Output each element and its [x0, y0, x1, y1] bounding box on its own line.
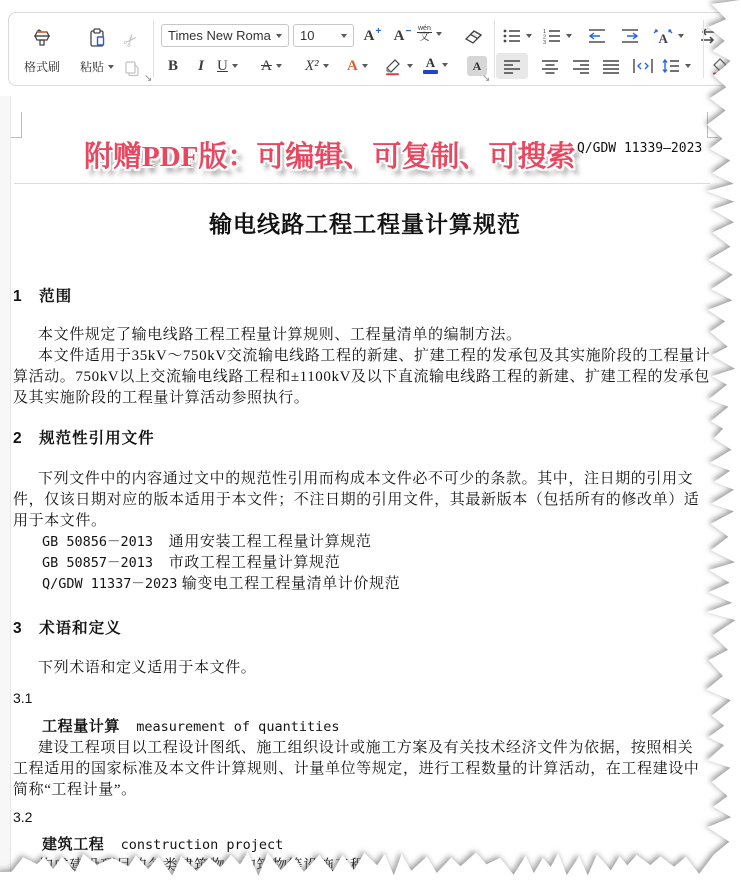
char-scale-button[interactable]: A: [652, 24, 684, 48]
svg-text:3: 3: [543, 40, 546, 45]
font-color-icon: A: [423, 56, 438, 74]
chevron-down-icon: [232, 64, 238, 68]
group-divider: [494, 20, 495, 78]
standard-code: Q/GDW 11339—2023: [577, 141, 702, 156]
doc-line: 算活动。750kV以上交流输电线路工程和±1100kV及以下直流输电线路工程的新…: [13, 367, 720, 388]
chevron-down-icon: [442, 63, 448, 67]
font-size-select[interactable]: 10: [293, 24, 354, 47]
align-left-button[interactable]: [496, 53, 528, 79]
line-spacing-icon: [661, 58, 681, 74]
font-dialog-expander[interactable]: ↘: [482, 74, 490, 84]
underline-button[interactable]: U: [217, 54, 238, 78]
doc-line: 本文件适用于35kV～750kV交流输电线路工程的新建、扩建工程的发承包及其实施…: [13, 346, 720, 367]
distribute-icon: [632, 58, 654, 74]
text-effects-icon: A: [347, 58, 358, 75]
align-center-icon: [540, 58, 560, 74]
align-right-icon: [571, 58, 591, 74]
align-center-button[interactable]: [536, 53, 564, 79]
increase-indent-button[interactable]: [617, 24, 643, 48]
doc-line: 下列术语和定义适用于本文件。: [13, 658, 720, 679]
font-size-value: 10: [300, 28, 337, 43]
align-left-icon: [502, 58, 522, 74]
text-boundary-mark: [707, 112, 708, 138]
font-family-value: Times New Roma: [168, 28, 272, 43]
strikethrough-button[interactable]: A: [261, 54, 282, 78]
highlight-button[interactable]: [383, 54, 413, 78]
decrease-indent-icon: [586, 27, 608, 45]
copy-button[interactable]: [121, 57, 143, 81]
superscript-icon: X²: [305, 58, 319, 75]
chevron-down-icon: [362, 64, 368, 68]
char-scale-icon: A: [652, 26, 674, 46]
paste-label: 粘贴: [80, 58, 104, 75]
phonetic-guide-icon: wén 文: [417, 25, 432, 43]
doc-line: 建设工程项目以工程设计图纸、施工组织设计或施工方案及有关技术经济文件为依据，按照…: [13, 738, 720, 759]
doc-line: 工程量计算 measurement of quantities: [13, 716, 720, 738]
highlighter-icon: [383, 56, 403, 76]
eraser-icon: [463, 26, 485, 46]
paint-bucket-icon: [709, 56, 733, 76]
page-left-margin: [0, 96, 10, 890]
doc-line: 及其实施阶段的工程量计算活动参照执行。: [13, 388, 720, 409]
align-right-button[interactable]: [567, 53, 595, 79]
doc-line: Q/GDW 11337－2023 输变电工程工程量清单计价规范: [13, 574, 720, 595]
chevron-down-icon: [341, 34, 347, 38]
font-family-select[interactable]: Times New Roma: [161, 24, 289, 47]
text-effects-button[interactable]: A: [347, 54, 368, 78]
increase-indent-icon: [619, 27, 641, 45]
font-color-button[interactable]: A: [423, 53, 448, 77]
clear-format-button[interactable]: [461, 24, 487, 48]
format-painter-button[interactable]: 格式刷: [15, 26, 69, 75]
doc-line: 简称“工程计量”。: [13, 780, 720, 801]
bold-button[interactable]: B: [161, 54, 185, 78]
group-divider: [703, 20, 704, 78]
doc-line: 3.2: [13, 807, 720, 828]
doc-line: 用于本文件。: [13, 511, 720, 532]
header-rule: [14, 183, 710, 184]
chevron-down-icon: [436, 32, 442, 36]
doc-line: 下列文件中的内容通过文中的规范性引用而构成本文件必不可少的条款。其中，注日期的引…: [13, 469, 720, 490]
copy-icon: [123, 60, 141, 78]
chevron-down-icon: [723, 34, 729, 38]
doc-line: 3.1: [13, 688, 720, 709]
chevron-down-icon: [678, 34, 684, 38]
chevron-down-icon: [276, 64, 282, 68]
doc-line: 建筑工程 construction project: [13, 834, 720, 856]
format-painter-icon: [30, 26, 54, 55]
italic-icon: I: [198, 58, 204, 75]
chevron-down-icon: [685, 64, 691, 68]
doc-line: 工程适用的国家标准及本文件计算规则、计量单位等规定，进行工程数量的计算活动，在工…: [13, 759, 720, 780]
doc-line: 3 术语和定义: [13, 618, 720, 639]
justify-icon: [601, 58, 621, 74]
format-painter-label: 格式刷: [24, 58, 60, 75]
scissors-icon: ✂: [119, 29, 143, 53]
chevron-down-icon: [323, 64, 329, 68]
doc-line: 构成建设项目的各类建筑物、构筑物等设施工程。: [13, 856, 720, 877]
bullet-list-button[interactable]: [502, 24, 532, 48]
phonetic-guide-button[interactable]: wén 文: [417, 22, 442, 46]
doc-line: 1 范围: [13, 286, 720, 307]
line-spacing-button[interactable]: [661, 53, 691, 79]
text-direction-button[interactable]: [697, 24, 729, 48]
paste-icon: [85, 26, 109, 55]
svg-text:A: A: [659, 31, 669, 46]
text-direction-icon: [697, 26, 719, 46]
doc-line: 2 规范性引用文件: [13, 428, 720, 449]
text-boundary-mark: [21, 112, 22, 138]
text-boundary-mark: [11, 137, 22, 138]
document-body: 1 范围本文件规定了输电线路工程工程量计算规则、工程量清单的编制方法。本文件适用…: [13, 286, 720, 877]
doc-line: 件，仅该日期对应的版本适用于本文件；不注日期的引用文件，其最新版本（包括所有的修…: [13, 490, 720, 511]
increase-font-button[interactable]: A+: [359, 24, 385, 48]
decrease-font-icon: A: [394, 28, 405, 45]
decrease-indent-button[interactable]: [584, 24, 610, 48]
superscript-button[interactable]: X²: [305, 54, 329, 78]
doc-line: GB 50856－2013 通用安装工程工程量计算规范: [13, 532, 720, 553]
underline-icon: U: [217, 58, 228, 75]
doc-line: GB 50857－2013 市政工程工程量计算规范: [13, 553, 720, 574]
numbered-list-icon: 1 2 3: [542, 27, 562, 45]
justify-button[interactable]: [597, 53, 625, 79]
shading-bucket-button[interactable]: [709, 53, 733, 79]
cut-button[interactable]: ✂: [119, 29, 143, 53]
bold-icon: B: [168, 58, 178, 75]
chevron-down-icon: [526, 34, 532, 38]
clipboard-dialog-expander[interactable]: ↘: [144, 74, 152, 84]
italic-button[interactable]: I: [191, 54, 211, 78]
paste-button[interactable]: 粘贴: [71, 26, 123, 75]
group-divider: [153, 20, 154, 78]
numbered-list-button[interactable]: 1 2 3: [542, 24, 572, 48]
chevron-down-icon: [108, 65, 114, 69]
text-boundary-mark: [707, 137, 718, 138]
doc-line: 本文件规定了输电线路工程工程量计算规则、工程量清单的编制方法。: [13, 325, 720, 346]
promo-stamp-text: 附赠PDF版：可编辑、可复制、可搜索: [84, 134, 575, 175]
document-title: 输电线路工程工程量计算规范: [10, 206, 720, 239]
increase-font-icon: A: [364, 28, 375, 45]
distribute-button[interactable]: [628, 53, 658, 79]
chevron-down-icon: [407, 64, 413, 68]
bullet-list-icon: [502, 27, 522, 45]
ribbon-toolbar: 格式刷 粘贴 ✂ ↘ Times New Roma 10: [8, 12, 741, 86]
chevron-down-icon: [276, 34, 282, 38]
strikethrough-icon: A: [261, 58, 272, 75]
decrease-font-button[interactable]: A−: [389, 24, 415, 48]
chevron-down-icon: [566, 34, 572, 38]
